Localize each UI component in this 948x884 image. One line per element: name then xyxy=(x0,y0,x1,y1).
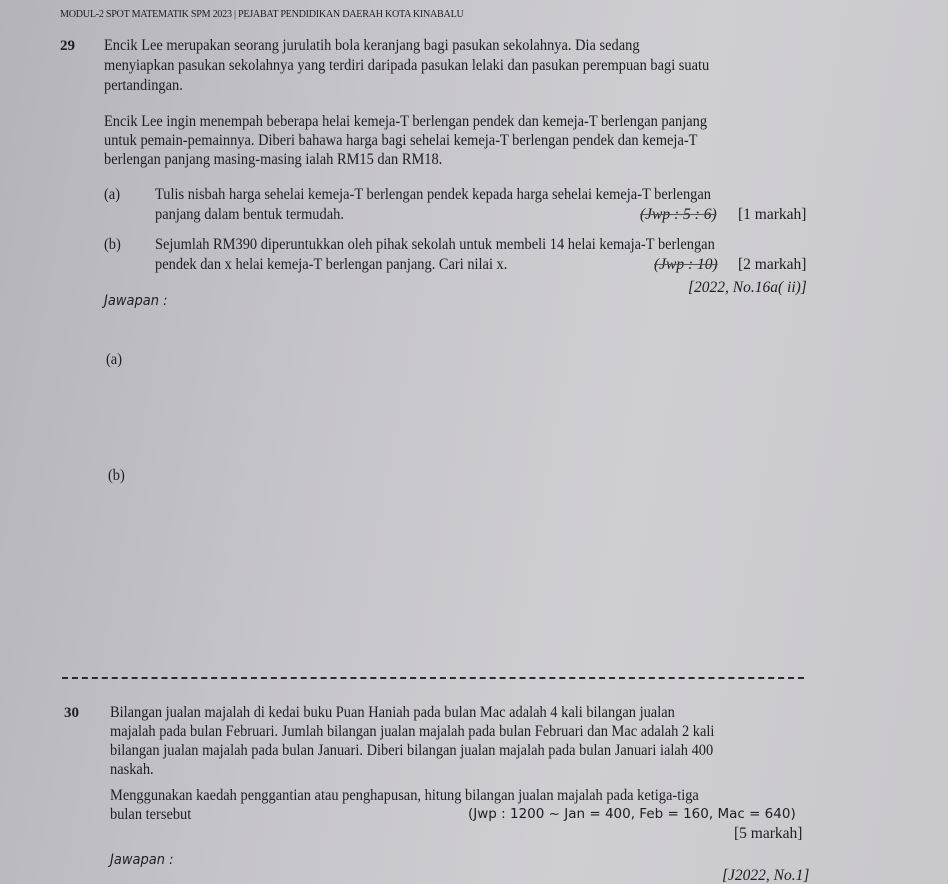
question-29-number: 29 xyxy=(60,38,75,55)
section-divider xyxy=(62,677,804,679)
q30-task-line-1: Menggunakan kaedah penggantian atau peng… xyxy=(110,787,699,805)
question-30-number: 30 xyxy=(64,705,79,722)
q29-part-b-line-1: Sejumlah RM390 diperuntukkan oleh pihak … xyxy=(155,236,715,254)
q29-intro-line-1: Encik Lee merupakan seorang jurulatih bo… xyxy=(104,37,829,55)
q30-intro-line-1: Bilangan jualan majalah di kedai buku Pu… xyxy=(110,704,675,722)
q29-source: [2022, No.16a( ii)] xyxy=(688,279,807,297)
page-header: MODUL-2 SPOT MATEMATIK SPM 2023 | PEJABA… xyxy=(60,8,464,20)
q29-info-line-3: berlengan panjang masing-masing ialah RM… xyxy=(104,151,442,169)
q29-part-a-marks: [1 markah] xyxy=(738,206,806,224)
q30-intro-line-3: bilangan jualan majalah pada bulan Janua… xyxy=(110,742,713,760)
q29-part-a-line-2: panjang dalam bentuk termudah. xyxy=(155,206,344,224)
q30-intro-line-4: naskah. xyxy=(110,761,154,779)
q29-part-b-marks: [2 markah] xyxy=(738,256,806,274)
q29-part-b-line-2: pendek dan x helai kemeja-T berlengan pa… xyxy=(155,256,507,274)
q29-info-line-2: untuk pemain-pemainnya. Diberi bahawa ha… xyxy=(104,132,697,150)
q29-part-a-line-1: Tulis nisbah harga sehelai kemeja-T berl… xyxy=(155,186,711,204)
q29-answer-label: Jawapan : xyxy=(104,293,167,309)
answer-a-label: (a) xyxy=(106,351,122,369)
q29-part-b-answer-hint: (Jwp : 10) xyxy=(654,256,718,274)
q30-answer-label: Jawapan : xyxy=(110,852,173,868)
q30-answer-hint: (Jwp : 1200 ~ Jan = 400, Feb = 160, Mac … xyxy=(468,806,796,822)
q29-part-a-answer-hint: (Jwp : 5 : 6) xyxy=(640,206,717,224)
q29-info-line-1: Encik Lee ingin menempah beberapa helai … xyxy=(104,113,707,131)
q30-marks: [5 markah] xyxy=(734,825,802,843)
answer-b-label: (b) xyxy=(108,467,125,485)
q29-intro-line-2: menyiapkan pasukan sekolahnya yang terdi… xyxy=(104,57,709,75)
q29-part-a-label: (a) xyxy=(104,186,120,204)
q30-task-line-2: bulan tersebut xyxy=(110,806,191,824)
q29-part-b-label: (b) xyxy=(104,236,121,254)
q30-intro-line-2: majalah pada bulan Februari. Jumlah bila… xyxy=(110,723,714,741)
q30-source: [J2022, No.1] xyxy=(722,867,809,884)
q29-intro-line-3: pertandingan. xyxy=(104,77,183,95)
